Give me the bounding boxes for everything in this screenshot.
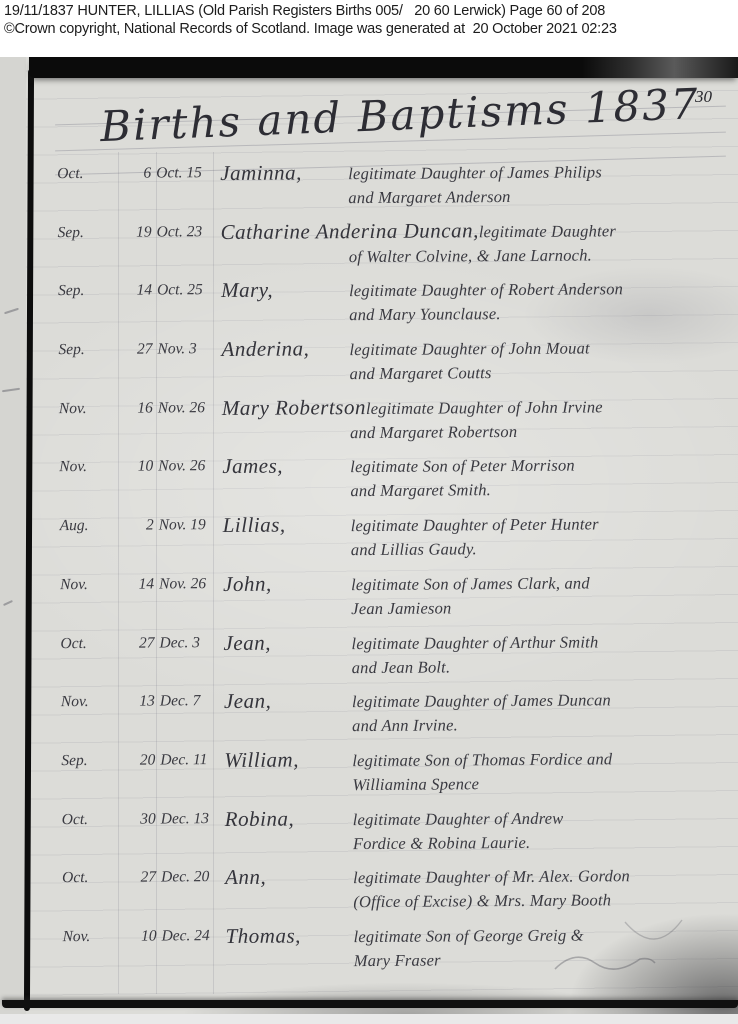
baptism-date: Oct. 15 [156,161,220,182]
entry-text-line2: and Margaret Anderson [220,185,735,209]
entry-text-line1: legitimate Daughter [479,221,616,242]
birth-day: 14 [136,282,152,300]
baptism-date: Nov. 26 [159,572,223,593]
baptism-date: Nov. 26 [158,454,222,475]
birth-date: Sep. 14 [58,279,152,301]
child-name: Anderina, [221,336,349,362]
entry-text-line2: and Mary Younclause. [221,303,736,327]
birth-day: 14 [139,575,155,593]
entry-text-line2: and Lillias Gaudy. [223,538,738,562]
birth-day: 13 [139,693,155,711]
birth-month: Oct. [57,165,83,183]
child-name: Lillias, [223,512,351,538]
entry-text-line2: and Margaret Smith. [222,479,737,503]
entry-body: Ann, legitimate Daughter of Mr. Alex. Go… [225,862,738,914]
birth-month: Nov. [61,693,89,711]
register-entry: Nov. 13 Dec. 7 Jean, legitimate Daughter… [1,686,738,750]
entry-line-1: Lillias, legitimate Daughter of Peter Hu… [223,510,738,539]
child-name: Mary Robertson [222,395,366,421]
child-name: Jean, [224,688,352,714]
register-entries: Oct. 6 Oct. 15 Jaminna, legitimate Daugh… [0,157,738,984]
scan-bottom-border [2,1000,738,1008]
entry-text-line1: legitimate Daughter of Robert Anderson [349,280,623,302]
baptism-date: Dec. 24 [161,924,225,945]
birth-date: Nov. 10 [62,924,156,946]
entry-body: Jaminna, legitimate Daughter of James Ph… [220,157,735,209]
register-entry: Oct. 27 Dec. 3 Jean, legitimate Daughter… [0,627,738,691]
entry-text-line1: legitimate Daughter of Peter Hunter [351,515,599,537]
child-name: Robina, [225,806,353,832]
register-entry: Aug. 2 Nov. 19 Lillias, legitimate Daugh… [0,510,738,574]
register-scan: 30 Births and Baptisms 1837 Oct. 6 Oct. … [0,57,738,1014]
birth-day: 20 [140,751,156,769]
entry-text-line2: of Walter Colvine, & Jane Larnoch. [221,244,736,268]
birth-day: 27 [141,869,157,887]
entry-text-line2: and Ann Irvine. [224,714,738,738]
scan-top-border [29,57,738,78]
entry-text-line1: legitimate Daughter of James Duncan [352,691,611,713]
child-name: William, [224,747,352,773]
entry-text-line1: legitimate Son of George Greig & [353,925,583,947]
child-name: Jaminna, [220,160,348,186]
child-name: Mary, [221,278,349,304]
register-entry: Sep. 20 Dec. 11 William, legitimate Son … [1,744,738,808]
birth-day: 2 [146,517,154,535]
baptism-date: Nov. 3 [157,337,221,358]
entry-line-1: Jaminna, legitimate Daughter of James Ph… [220,157,735,186]
entry-text-line2: and Jean Bolt. [224,655,738,679]
entry-line-1: John, legitimate Son of James Clark, and [223,568,738,597]
birth-month: Sep. [58,341,84,359]
birth-day: 30 [140,810,156,828]
entry-text-line1: legitimate Daughter of Arthur Smith [351,632,598,654]
birth-day: 16 [137,399,153,417]
birth-month: Nov. [59,400,87,418]
child-name: Jean, [223,630,351,656]
entry-text-line2: (Office of Excise) & Mrs. Mary Booth [225,890,738,914]
baptism-date: Nov. 19 [159,513,223,534]
birth-month: Oct. [62,811,88,829]
entry-body: Robina, legitimate Daughter of Andrew Fo… [225,803,738,855]
entry-body: William, legitimate Son of Thomas Fordic… [224,744,738,796]
entry-body: Catharine Anderina Duncan, legitimate Da… [221,216,736,268]
birth-month: Sep. [58,282,84,300]
entry-line-1: Jean, legitimate Daughter of Arthur Smit… [223,627,738,656]
entry-body: Jean, legitimate Daughter of James Dunca… [224,686,738,738]
entry-text-line2: Fordice & Robina Laurie. [225,831,738,855]
document-info-line: 19/11/1837 HUNTER, LILLIAS (Old Parish R… [4,2,738,20]
entry-line-1: Mary Robertson legitimate Daughter of Jo… [222,392,737,421]
birth-day: 10 [138,458,154,476]
birth-date: Sep. 19 [58,220,152,242]
entry-text-line1: legitimate Son of Thomas Fordice and [352,749,612,771]
birth-month: Sep. [58,224,84,242]
register-entry: Nov. 16 Nov. 26 Mary Robertson legitimat… [0,392,737,456]
entry-text-line1: legitimate Daughter of Mr. Alex. Gordon [353,866,630,888]
child-name: Catharine Anderina Duncan, [221,218,479,245]
ink-smudge [620,912,690,952]
entry-body: Anderina, legitimate Daughter of John Mo… [221,333,736,385]
birth-month: Nov. [59,458,87,476]
birth-day: 27 [139,634,155,652]
birth-day: 10 [141,927,157,945]
baptism-date: Dec. 11 [160,748,224,769]
birth-month: Aug. [60,517,89,535]
entry-body: Mary, legitimate Daughter of Robert Ande… [221,275,736,327]
entry-text-line1: legitimate Son of Peter Morrison [350,456,575,478]
birth-date: Oct. 30 [62,807,156,829]
entry-line-1: James, legitimate Son of Peter Morrison [222,451,737,480]
entry-text-line1: legitimate Daughter of John Mouat [349,339,589,361]
register-entry: Oct. 30 Dec. 13 Robina, legitimate Daugh… [2,803,738,867]
birth-date: Nov. 13 [61,690,155,712]
register-entry: Nov. 14 Nov. 26 John, legitimate Son of … [0,568,738,632]
entry-text-line2: Williamina Spence [224,772,738,796]
entry-body: Lillias, legitimate Daughter of Peter Hu… [223,510,738,562]
birth-day: 6 [143,165,151,183]
birth-date: Oct. 27 [60,631,154,653]
entry-text-line1: legitimate Son of James Clark, and [351,573,590,595]
birth-date: Oct. 6 [57,162,151,184]
entry-body: John, legitimate Son of James Clark, and… [223,568,738,620]
baptism-date: Dec. 13 [161,807,225,828]
baptism-date: Oct. 25 [157,278,221,299]
entry-line-1: Catharine Anderina Duncan, legitimate Da… [221,216,736,245]
birth-date: Sep. 27 [58,338,152,360]
birth-month: Oct. [60,634,86,652]
entry-text-line1: legitimate Daughter of James Philips [348,162,602,184]
birth-date: Nov. 16 [59,396,153,418]
register-entry: Nov. 10 Nov. 26 James, legitimate Son of… [0,451,738,515]
entry-text-line2: and Margaret Robertson [222,420,737,444]
child-name: Ann, [225,864,353,890]
entry-line-1: Anderina, legitimate Daughter of John Mo… [221,333,736,362]
birth-month: Nov. [62,928,90,946]
entry-body: Jean, legitimate Daughter of Arthur Smit… [223,627,738,679]
entry-body: James, legitimate Son of Peter Morrison … [222,451,737,503]
entry-line-1: William, legitimate Son of Thomas Fordic… [224,744,738,773]
entry-text-line1: legitimate Daughter of John Irvine [366,397,603,419]
entry-text-line2: Jean Jamieson [223,596,738,620]
child-name: John, [223,571,351,597]
birth-day: 27 [137,341,153,359]
baptism-date: Nov. 26 [158,396,222,417]
birth-date: Aug. 2 [60,514,154,536]
child-name: James, [222,454,350,480]
entry-line-1: Ann, legitimate Daughter of Mr. Alex. Go… [225,862,738,891]
birth-day: 19 [136,223,152,241]
digital-header: 19/11/1837 HUNTER, LILLIAS (Old Parish R… [0,0,738,57]
birth-month: Sep. [61,752,87,770]
copyright-line: ©Crown copyright, National Records of Sc… [4,20,738,38]
register-entry: Sep. 19 Oct. 23 Catharine Anderina Dunca… [0,216,736,280]
entry-text-line2: and Margaret Coutts [222,361,737,385]
birth-month: Nov. [60,576,88,594]
birth-date: Oct. 27 [62,866,156,888]
entry-body: Mary Robertson legitimate Daughter of Jo… [222,392,737,444]
entry-line-1: Mary, legitimate Daughter of Robert Ande… [221,275,736,304]
register-entry: Oct. 6 Oct. 15 Jaminna, legitimate Daugh… [0,157,736,221]
child-name: Thomas, [225,923,353,949]
baptism-date: Dec. 20 [161,865,225,886]
baptism-date: Dec. 3 [159,631,223,652]
entry-line-1: Robina, legitimate Daughter of Andrew [225,803,738,832]
birth-date: Sep. 20 [61,748,155,770]
register-entry: Sep. 14 Oct. 25 Mary, legitimate Daughte… [0,275,736,339]
baptism-date: Dec. 7 [160,689,224,710]
entry-text-line1: legitimate Daughter of Andrew [353,808,564,829]
baptism-date: Oct. 23 [157,220,221,241]
birth-month: Oct. [62,869,88,887]
entry-line-1: Jean, legitimate Daughter of James Dunca… [224,686,738,715]
bottom-margin [0,1014,738,1024]
birth-date: Nov. 14 [60,572,154,594]
register-entry: Sep. 27 Nov. 3 Anderina, legitimate Daug… [0,333,737,397]
birth-date: Nov. 10 [59,455,153,477]
